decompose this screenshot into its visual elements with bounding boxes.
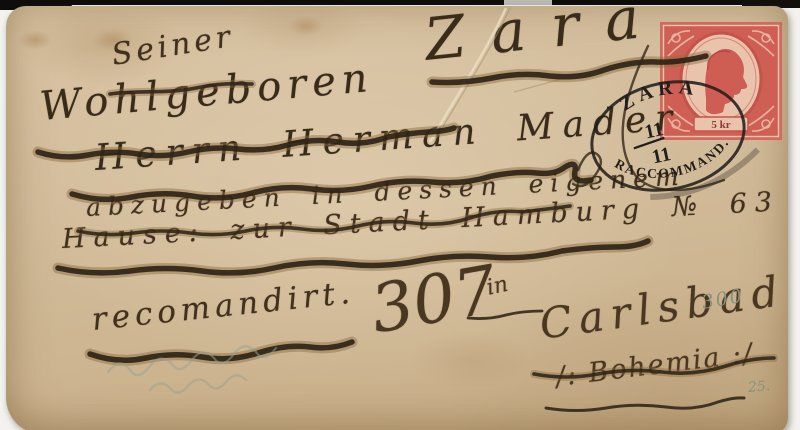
pencil-mark-bottom: 25. xyxy=(747,378,771,396)
scan-edge-strip xyxy=(0,0,800,5)
scanned-envelope-photo: 5 kr Seiner Zara Wohlgeboren Herrn Herma… xyxy=(0,0,800,430)
stamp-denomination: 5 kr xyxy=(711,119,730,131)
